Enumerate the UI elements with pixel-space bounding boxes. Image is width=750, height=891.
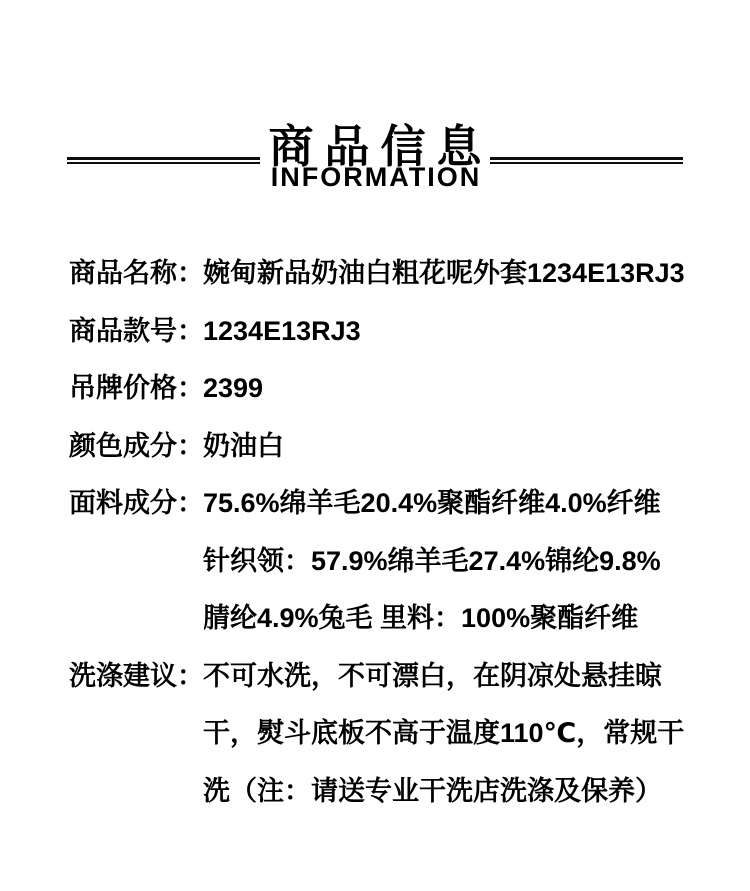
info-row-product-name: 商品名称： 婉甸新品奶油白粗花呢外套1234E13RJ3 [69,245,695,303]
row-value-line: 1234E13RJ3 [203,303,695,361]
row-value: 不可水洗，不可漂白，在阴凉处悬挂晾 干，熨斗底板不高于温度110℃，常规干 洗（… [203,648,695,821]
row-value-line: 婉甸新品奶油白粗花呢外套1234E13RJ3 [203,245,695,303]
row-label: 吊牌价格： [69,360,203,418]
row-value-line: 奶油白 [203,418,695,476]
row-value: 75.6%绵羊毛20.4%聚酯纤维4.0%纤维 针织领：57.9%绵羊毛27.4… [203,475,695,648]
row-value-line: 针织领：57.9%绵羊毛27.4%锦纶9.8% [203,533,695,591]
row-value-line: 洗（注：请送专业干洗店洗涤及保养） [203,763,695,821]
rule-thick-line [490,157,683,160]
row-value-line: 2399 [203,360,695,418]
row-label: 商品款号： [69,303,203,361]
info-row-style-number: 商品款号： 1234E13RJ3 [69,303,695,361]
row-value: 2399 [203,360,695,418]
page-subtitle: INFORMATION [271,162,481,193]
row-value-line: 腈纶4.9%兔毛 里料：100%聚酯纤维 [203,590,695,648]
row-value-line: 75.6%绵羊毛20.4%聚酯纤维4.0%纤维 [203,475,695,533]
row-label: 商品名称： [69,245,203,303]
info-row-color: 颜色成分： 奶油白 [69,418,695,476]
page-subtitle-wrap: INFORMATION [0,162,750,193]
row-label: 洗涤建议： [69,648,203,706]
row-value-line: 不可水洗，不可漂白，在阴凉处悬挂晾 [203,648,695,706]
row-value: 奶油白 [203,418,695,476]
row-value: 1234E13RJ3 [203,303,695,361]
row-label: 颜色成分： [69,418,203,476]
row-value-line: 干，熨斗底板不高于温度110℃，常规干 [203,705,695,763]
product-info-page: 商品信息 INFORMATION 商品名称： 婉甸新品奶油白粗花呢外套1234E… [0,0,750,891]
info-row-tag-price: 吊牌价格： 2399 [69,360,695,418]
product-attributes: 商品名称： 婉甸新品奶油白粗花呢外套1234E13RJ3 商品款号： 1234E… [69,245,695,820]
info-row-washing: 洗涤建议： 不可水洗，不可漂白，在阴凉处悬挂晾 干，熨斗底板不高于温度110℃，… [69,648,695,821]
row-value: 婉甸新品奶油白粗花呢外套1234E13RJ3 [203,245,695,303]
info-row-fabric: 面料成分： 75.6%绵羊毛20.4%聚酯纤维4.0%纤维 针织领：57.9%绵… [69,475,695,648]
row-label: 面料成分： [69,475,203,533]
